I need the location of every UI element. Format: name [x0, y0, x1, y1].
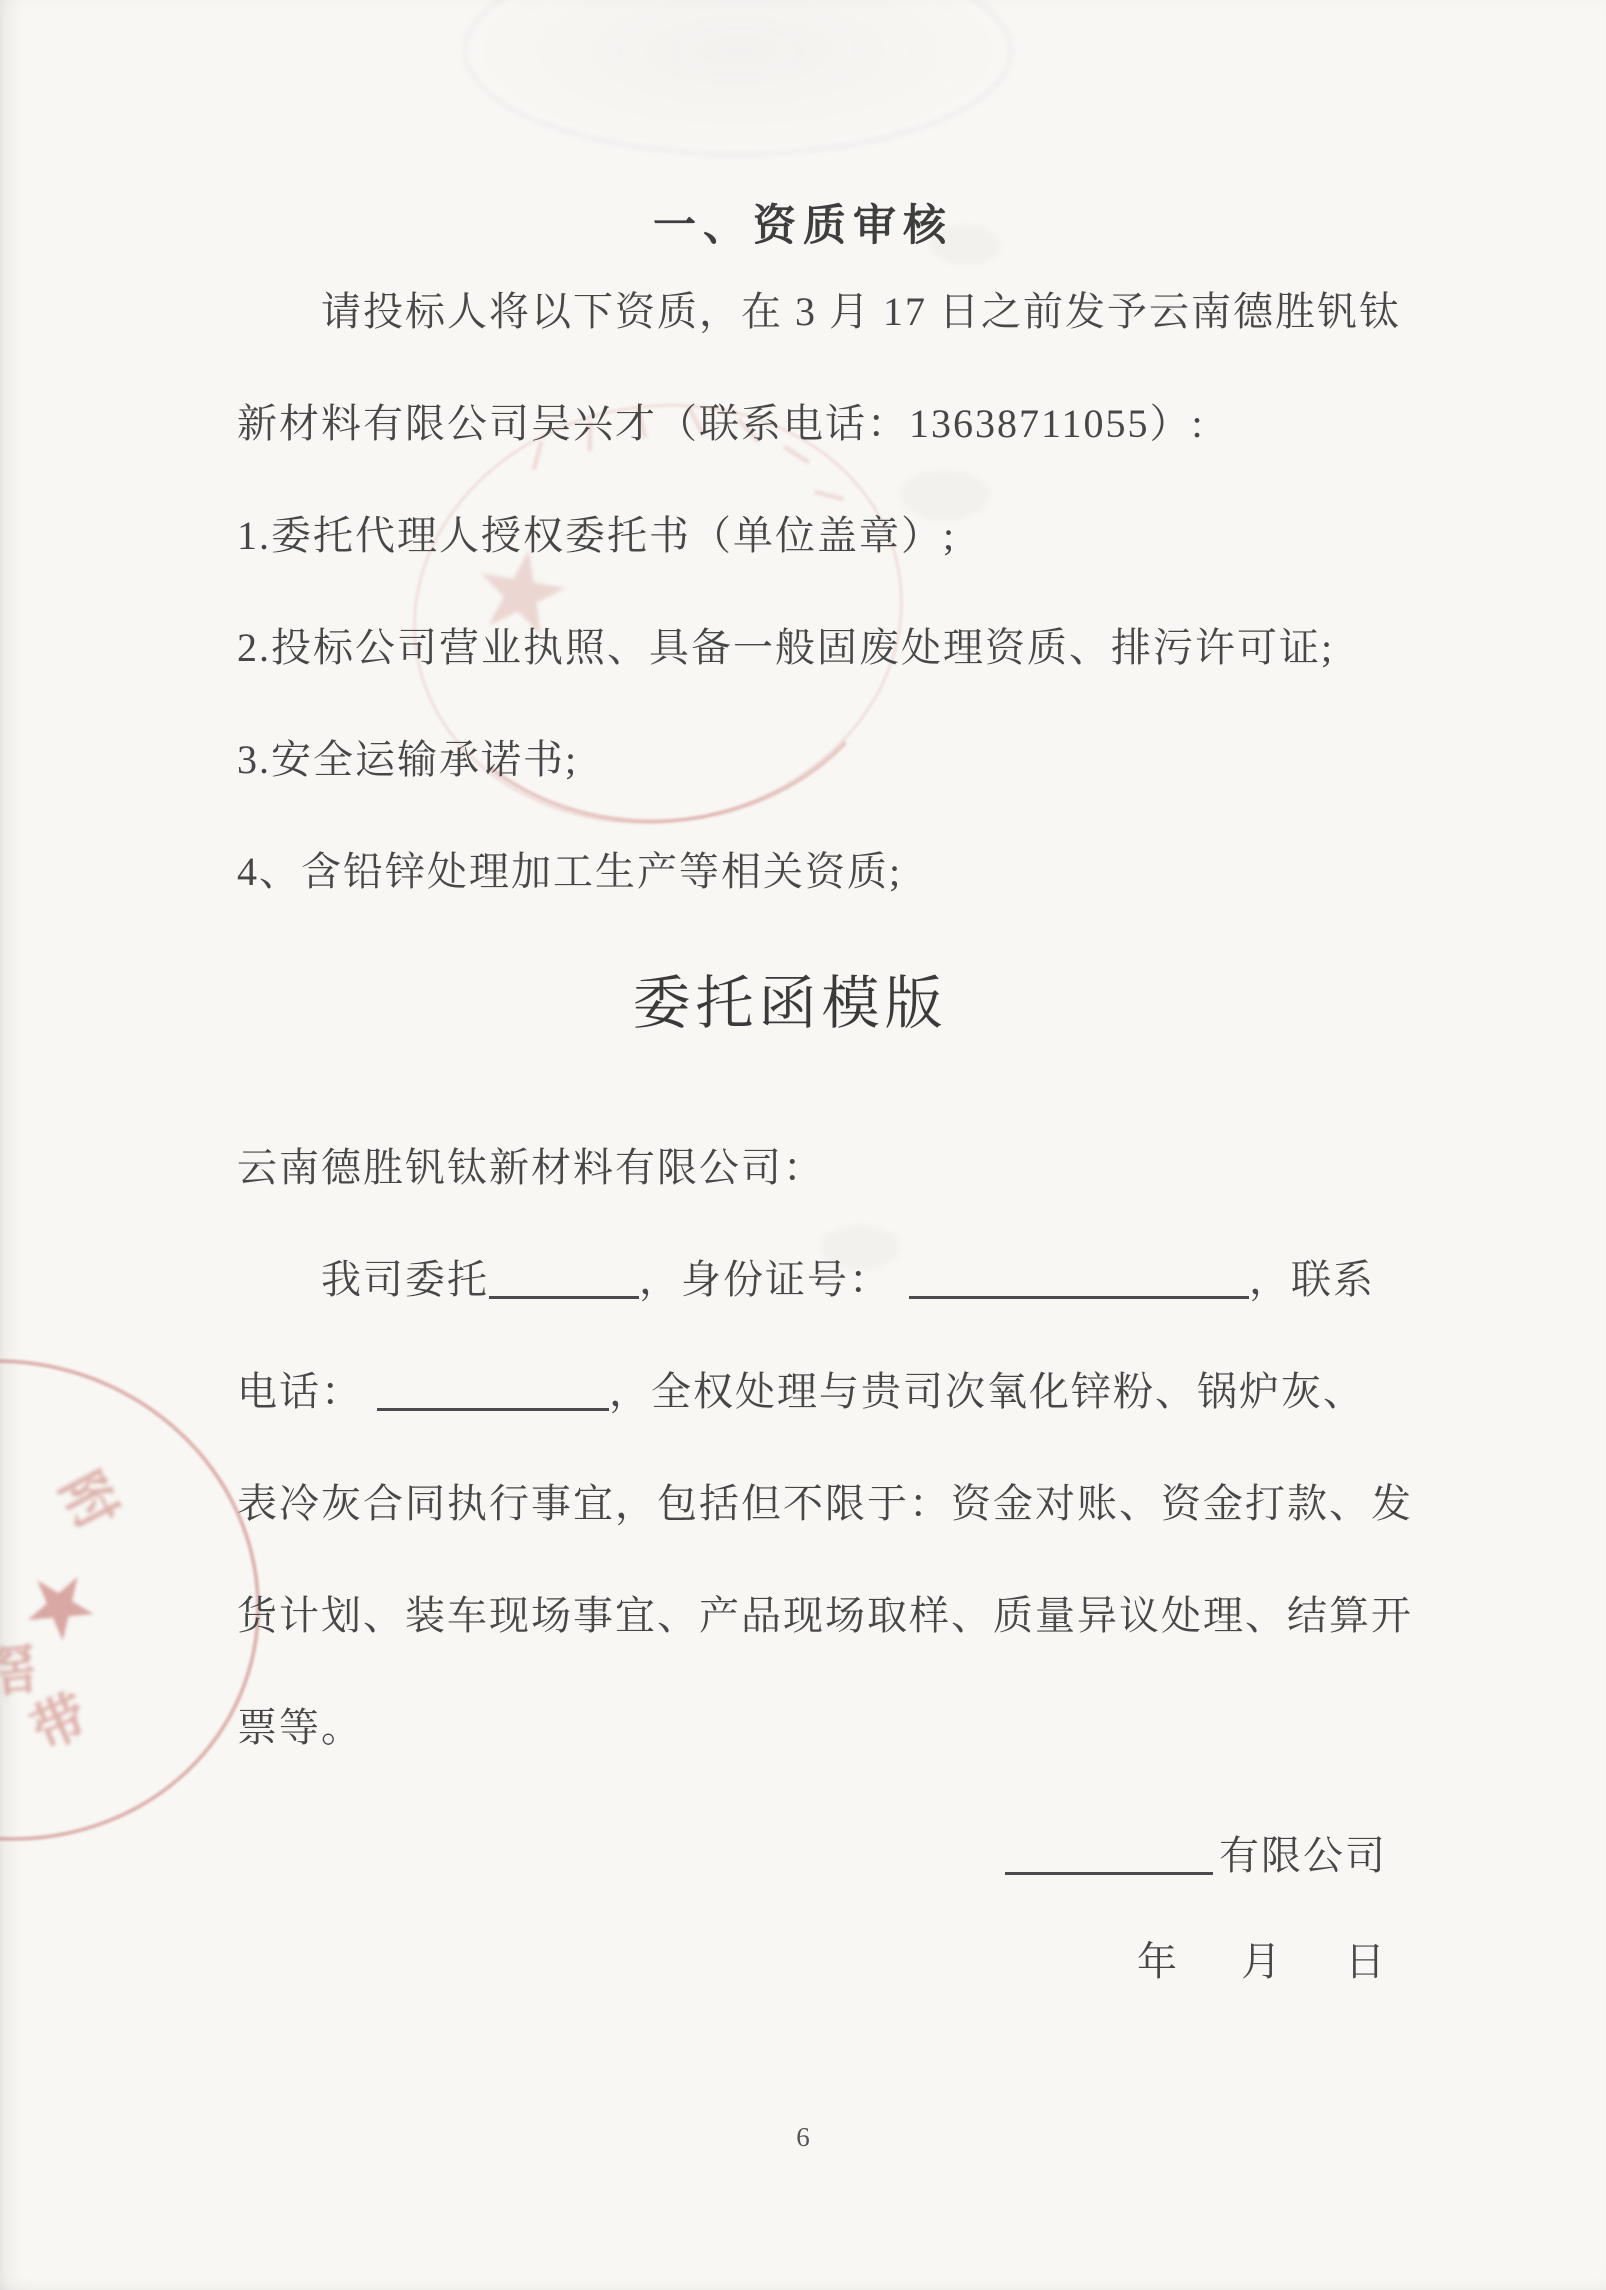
scanned-document-page: ★ ★ 附 滘 带 一、资质审核 请投标人将以下资质，在 3 月 17 日之前发…	[0, 0, 1606, 2290]
signature-company-suffix: 有限公司	[1219, 1833, 1387, 1878]
letter-line-5: 票等。	[237, 1702, 1387, 1754]
letter-title: 委托函模版	[0, 956, 1580, 1040]
stamp-star-icon: ★	[0, 1542, 121, 1668]
date-year-label: 年	[1137, 1936, 1179, 1988]
id-label: ，身份证号：	[639, 1257, 891, 1302]
stamp-glyph: 附	[45, 1457, 138, 1541]
page-number: 6	[0, 2122, 1606, 2153]
stamp-mark	[814, 490, 844, 501]
blank-id-number	[909, 1296, 1249, 1299]
qualification-item-3: 3.安全运输承诺书;	[237, 734, 1387, 786]
signature-line: 有限公司	[237, 1830, 1387, 1882]
blank-trustee-name	[489, 1296, 639, 1299]
date-day-label: 日	[1345, 1936, 1387, 1988]
letter-line-4: 货计划、装车现场事宜、产品现场取样、质量异议处理、结算开	[237, 1590, 1387, 1642]
blank-phone-number	[377, 1408, 609, 1411]
date-line: 年月日	[237, 1936, 1389, 1988]
delegation-prefix: 我司委托	[321, 1257, 489, 1302]
date-month-label: 月	[1241, 1936, 1283, 1988]
faint-gray-stamp-ghost	[462, 0, 1014, 157]
section-title: 一、资质审核	[0, 192, 1606, 253]
intro-line-2: 新材料有限公司吴兴才（联系电话：13638711055）:	[237, 398, 1387, 450]
phone-label: 电话：	[237, 1369, 363, 1414]
contact-suffix: ，联系	[1249, 1257, 1375, 1302]
blank-signature-company	[1005, 1872, 1213, 1875]
stamp-glyph: 带	[17, 1673, 98, 1765]
qualification-item-2: 2.投标公司营业执照、具备一般固废处理资质、排污许可证;	[237, 622, 1387, 674]
scope-line2: ，全权处理与贵司次氧化锌粉、锅炉灰、	[609, 1369, 1365, 1414]
letter-line-1: 我司委托，身份证号：，联系	[237, 1254, 1387, 1306]
letter-line-3: 表冷灰合同执行事宜，包括但不限于：资金对账、资金打款、发	[237, 1478, 1387, 1530]
letter-line-2: 电话：，全权处理与贵司次氧化锌粉、锅炉灰、	[237, 1366, 1387, 1418]
letter-addressee: 云南德胜钒钛新材料有限公司：	[237, 1142, 1387, 1194]
qualification-item-1: 1.委托代理人授权委托书（单位盖章）;	[237, 510, 1387, 562]
intro-line-1: 请投标人将以下资质，在 3 月 17 日之前发予云南德胜钒钛	[237, 286, 1387, 338]
stamp-glyph: 滘	[0, 1626, 40, 1708]
qualification-item-4: 4、含铅锌处理加工生产等相关资质;	[237, 846, 1387, 898]
